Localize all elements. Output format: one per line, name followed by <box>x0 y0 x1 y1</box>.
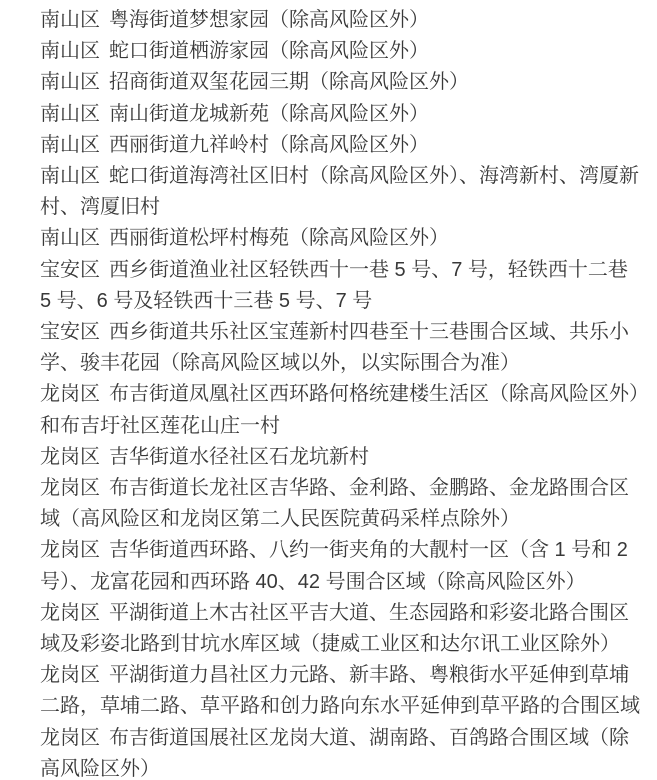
risk-area-entry: 龙岗区布吉街道凤凰社区西环路何格统建楼生活区（除高风险区外）和布吉圩社区莲花山庄… <box>40 379 641 441</box>
district-label: 南山区 <box>40 71 100 93</box>
risk-area-entry: 龙岗区平湖街道上木古社区平吉大道、生态园路和彩姿北路合围区域及彩姿北路到甘坑水库… <box>40 598 641 660</box>
district-label: 南山区 <box>40 40 100 62</box>
area-text: 西乡街道渔业社区轻铁西十一巷 5 号、7 号，轻铁西十二巷 5 号、6 号及轻铁… <box>40 259 628 312</box>
risk-area-document: 南山区粤海街道梦想家园（除高风险区外） 南山区蛇口街道栖游家园（除高风险区外） … <box>0 0 657 780</box>
district-label: 南山区 <box>40 165 100 187</box>
risk-area-entry: 南山区蛇口街道栖游家园（除高风险区外） <box>40 36 641 67</box>
district-label: 龙岗区 <box>40 664 100 686</box>
risk-area-entry: 南山区西丽街道九祥岭村（除高风险区外） <box>40 130 641 161</box>
district-label: 南山区 <box>40 227 100 249</box>
district-label: 南山区 <box>40 134 100 156</box>
risk-area-entry: 宝安区西乡街道渔业社区轻铁西十一巷 5 号、7 号，轻铁西十二巷 5 号、6 号… <box>40 255 641 317</box>
district-label: 龙岗区 <box>40 383 100 405</box>
area-text: 布吉街道国展社区龙岗大道、湖南路、百鸽路合围区域（除高风险区外） <box>40 727 629 780</box>
risk-area-entry: 宝安区西乡街道共乐社区宝莲新村四巷至十三巷围合区域、共乐小学、骏丰花园（除高风险… <box>40 317 641 379</box>
area-text: 西乡街道共乐社区宝莲新村四巷至十三巷围合区域、共乐小学、骏丰花园（除高风险区域以… <box>40 321 629 374</box>
area-text: 平湖街道上木古社区平吉大道、生态园路和彩姿北路合围区域及彩姿北路到甘坑水库区域（… <box>40 602 629 655</box>
risk-area-entry: 龙岗区吉华街道水径社区石龙坑新村 <box>40 442 641 473</box>
risk-area-entry: 龙岗区平湖街道力昌社区力元路、新丰路、粤粮街水平延伸到草埔二路，草埔二路、草平路… <box>40 660 641 722</box>
area-text: 吉华街道西环路、八约一街夹角的大靓村一区（含 1 号和 2 号）、龙富花园和西环… <box>40 539 628 592</box>
district-label: 龙岗区 <box>40 727 100 749</box>
district-label: 龙岗区 <box>40 539 100 561</box>
area-text: 蛇口街道栖游家园（除高风险区外） <box>109 40 429 62</box>
area-text: 西丽街道九祥岭村（除高风险区外） <box>109 134 429 156</box>
area-text: 南山街道龙城新苑（除高风险区外） <box>109 103 429 125</box>
area-text: 布吉街道凤凰社区西环路何格统建楼生活区（除高风险区外）和布吉圩社区莲花山庄一村 <box>40 383 639 436</box>
district-label: 龙岗区 <box>40 602 100 624</box>
risk-area-entry: 南山区招商街道双玺花园三期（除高风险区外） <box>40 67 641 98</box>
district-label: 宝安区 <box>40 259 100 281</box>
area-text: 吉华街道水径社区石龙坑新村 <box>109 446 369 468</box>
district-label: 宝安区 <box>40 321 100 343</box>
area-text: 西丽街道松坪村梅苑（除高风险区外） <box>109 227 449 249</box>
risk-area-entry: 龙岗区吉华街道西环路、八约一街夹角的大靓村一区（含 1 号和 2 号）、龙富花园… <box>40 535 641 597</box>
district-label: 南山区 <box>40 103 100 125</box>
risk-area-entry: 龙岗区布吉街道长龙社区吉华路、金利路、金鹏路、金龙路围合区域（高风险区和龙岗区第… <box>40 473 641 535</box>
area-text: 布吉街道长龙社区吉华路、金利路、金鹏路、金龙路围合区域（高风险区和龙岗区第二人民… <box>40 477 629 530</box>
area-text: 蛇口街道海湾社区旧村（除高风险区外）、海湾新村、湾厦新村、湾厦旧村 <box>40 165 639 218</box>
district-label: 南山区 <box>40 9 100 31</box>
area-text: 招商街道双玺花园三期（除高风险区外） <box>109 71 469 93</box>
risk-area-entry: 南山区南山街道龙城新苑（除高风险区外） <box>40 99 641 130</box>
area-text: 平湖街道力昌社区力元路、新丰路、粤粮街水平延伸到草埔二路，草埔二路、草平路和创力… <box>40 664 640 717</box>
risk-area-entry: 南山区蛇口街道海湾社区旧村（除高风险区外）、海湾新村、湾厦新村、湾厦旧村 <box>40 161 641 223</box>
area-text: 粤海街道梦想家园（除高风险区外） <box>109 9 429 31</box>
district-label: 龙岗区 <box>40 477 100 499</box>
risk-area-entry: 南山区粤海街道梦想家园（除高风险区外） <box>40 5 641 36</box>
risk-area-entry: 龙岗区布吉街道国展社区龙岗大道、湖南路、百鸽路合围区域（除高风险区外） <box>40 723 641 780</box>
risk-area-entry: 南山区西丽街道松坪村梅苑（除高风险区外） <box>40 223 641 254</box>
district-label: 龙岗区 <box>40 446 100 468</box>
